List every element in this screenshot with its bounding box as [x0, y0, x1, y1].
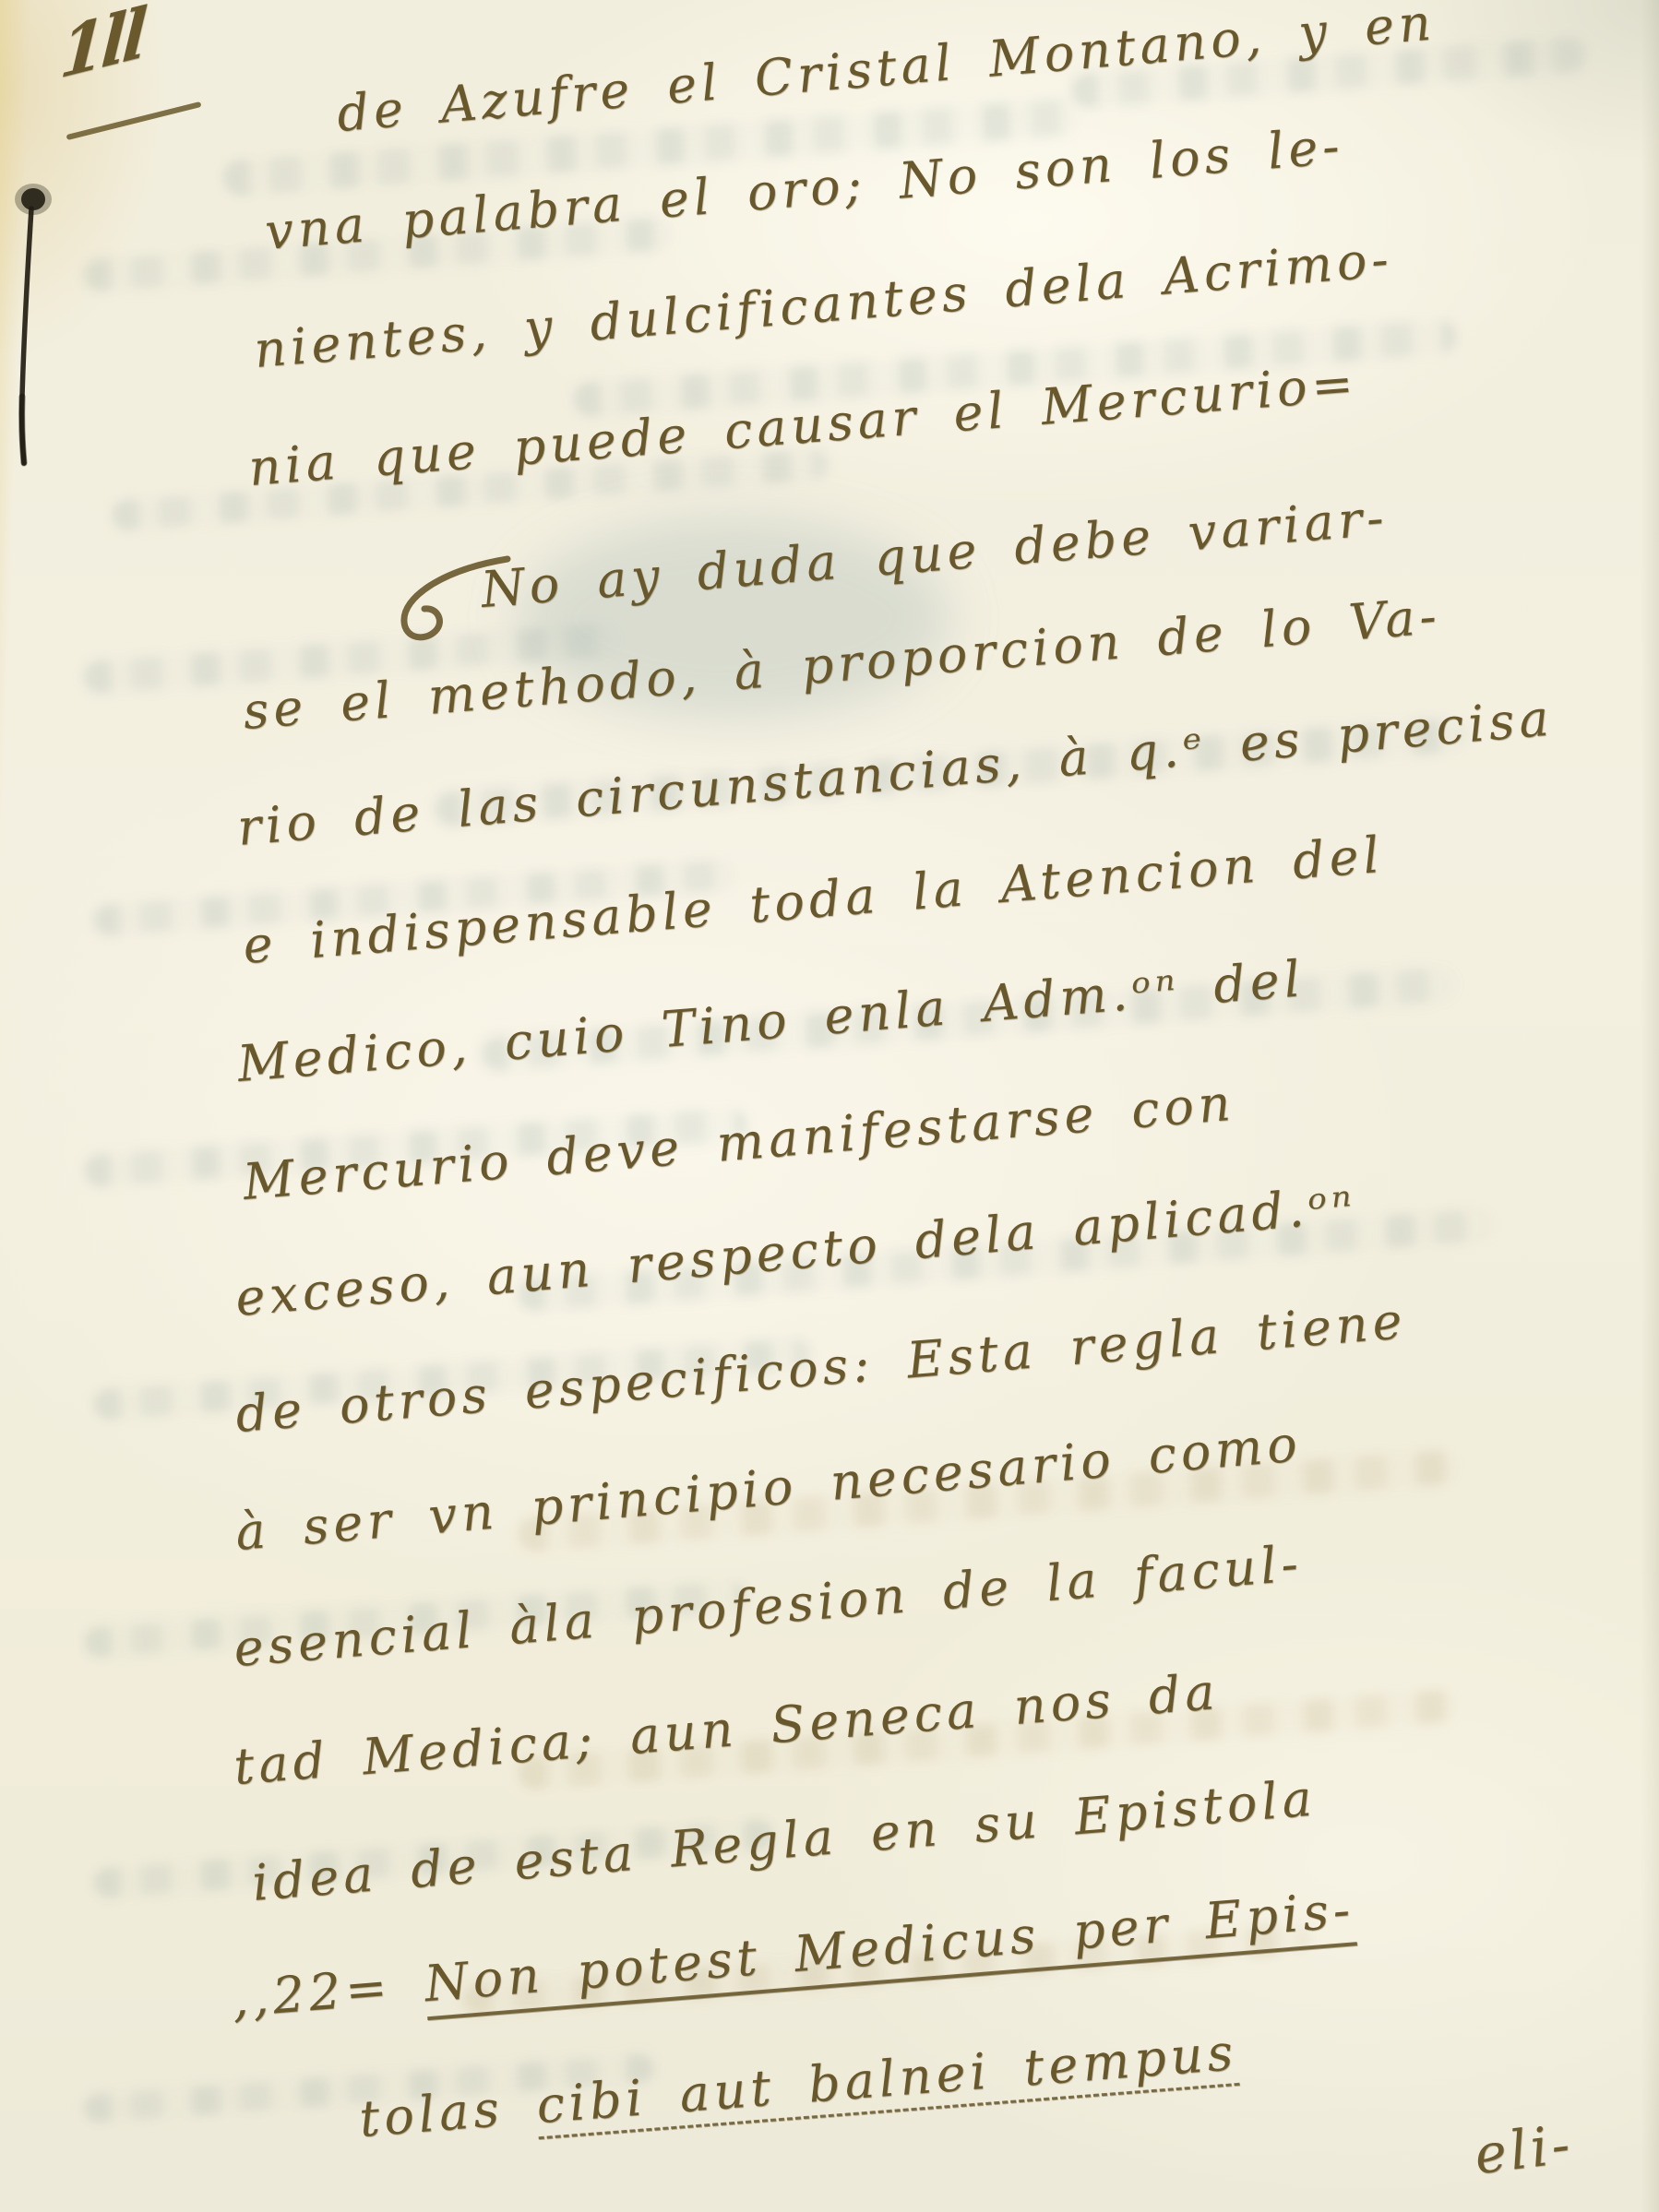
folio-mark: 1ll [57, 0, 146, 94]
line-text: No ay duda que debe variar- [479, 488, 1390, 619]
manuscript-line: esencial àla profesion de la facul- [232, 1534, 1305, 1678]
manuscript-line: à ser vn principio necesario como [233, 1414, 1304, 1562]
line-text: tolas [357, 2076, 539, 2148]
line-text: e indispensable toda la Atencion del [241, 826, 1386, 975]
line-text: esencial àla profesion de la facul- [232, 1534, 1305, 1678]
manuscript-line: ,,22= Non potest Medicus per Epis- [230, 1880, 1356, 2028]
line-text: nientes, y dulcificantes dela Acrimo- [252, 230, 1395, 379]
line-text: Mercurio deve manifestarse con [241, 1074, 1237, 1211]
line-text: ,,22= [230, 1955, 427, 2028]
underlined-phrase: cibi aut balnei tempus [534, 2023, 1239, 2135]
manuscript-line: idea de esta Regla en su Epistola [250, 1768, 1319, 1912]
manuscript-line: nientes, y dulcificantes dela Acrimo- [252, 230, 1395, 379]
manuscript-line: tolas cibi aut balnei tempus [357, 2023, 1239, 2148]
manuscript-line: tad Medica; aun Seneca nos da [232, 1662, 1221, 1796]
manuscript-line: Medico, cuio Tino enla Adm.ᵒⁿ del [235, 949, 1307, 1093]
binding-thread [0, 166, 101, 470]
manuscript-page: 1ll de Azufre el Cristal Montano, y envn… [0, 0, 1659, 2212]
line-text: tad Medica; aun Seneca nos da [232, 1662, 1221, 1796]
manuscript-line: vna palabra el oro; No son los le- [263, 116, 1346, 261]
manuscript-line: Mercurio deve manifestarse con [241, 1074, 1237, 1211]
underlined-phrase: Non potest Medicus per Epis- [423, 1880, 1357, 2013]
manuscript-line: e indispensable toda la Atencion del [241, 826, 1386, 975]
line-text: nia que puede causar el Mercurio= [246, 354, 1360, 497]
catchword: eli- [1471, 2112, 1577, 2187]
manuscript-line: No ay duda que debe variar- [479, 488, 1390, 619]
folio-mark-stroke [66, 101, 202, 140]
line-text: vna palabra el oro; No son los le- [263, 116, 1346, 261]
line-text: idea de esta Regla en su Epistola [250, 1768, 1319, 1912]
line-text: à ser vn principio necesario como [233, 1414, 1304, 1562]
line-text: Medico, cuio Tino enla Adm.ᵒⁿ del [235, 949, 1307, 1093]
manuscript-line: nia que puede causar el Mercurio= [246, 354, 1360, 497]
